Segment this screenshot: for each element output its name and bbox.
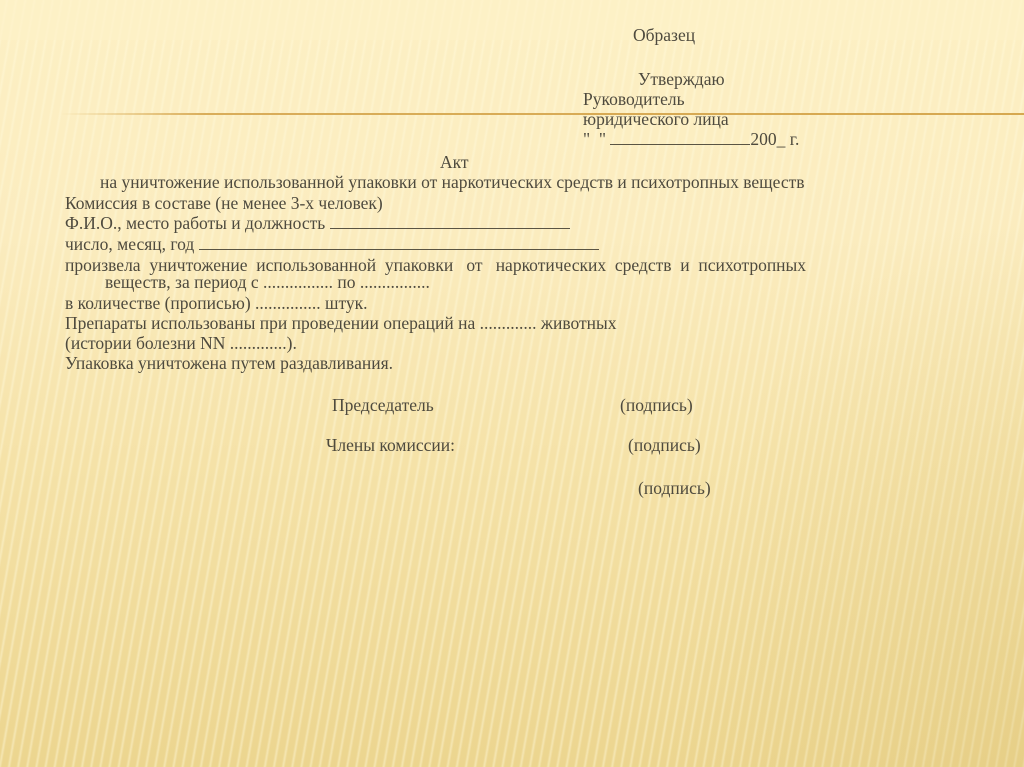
approval-approve: Утверждаю <box>638 70 725 89</box>
member-signature-2: (подпись) <box>638 479 711 498</box>
operations-line: Препараты использованы при проведении оп… <box>65 314 617 333</box>
document-subtitle: на уничтожение использованной упаковки о… <box>100 173 805 192</box>
member-signature-1: (подпись) <box>628 436 701 455</box>
history-line: (истории болезни NN .............). <box>65 334 297 353</box>
action-line-2: веществ, за период с ................ по… <box>105 273 430 292</box>
background-shade <box>664 207 1024 767</box>
chairman-label: Председатель <box>332 396 434 415</box>
fio-label: Ф.И.О., место работы и должность <box>65 213 325 233</box>
approval-entity: юридического лица <box>583 110 729 129</box>
approval-date: " " 200_ г. <box>583 130 799 149</box>
method-line: Упаковка уничтожена путем раздавливания. <box>65 354 393 373</box>
commission-line: Комиссия в составе (не менее 3-х человек… <box>65 194 383 213</box>
approval-head: Руководитель <box>583 90 685 109</box>
approval-date-blank <box>610 130 750 145</box>
approval-year: 200_ г. <box>750 129 799 149</box>
date-label: число, месяц, год <box>65 234 194 254</box>
members-label: Члены комиссии: <box>326 436 455 455</box>
approval-date-quotes: " " <box>583 129 606 149</box>
title-rule-divider <box>60 113 1024 115</box>
fio-blank <box>330 214 570 229</box>
document-title: Акт <box>440 153 469 172</box>
chairman-signature: (подпись) <box>620 396 693 415</box>
fio-line: Ф.И.О., место работы и должность <box>65 214 570 233</box>
date-blank <box>199 235 599 250</box>
date-line: число, месяц, год <box>65 235 599 254</box>
sample-label: Образец <box>633 26 695 45</box>
quantity-line: в количестве (прописью) ............... … <box>65 294 368 313</box>
background-top-band <box>0 0 1024 40</box>
